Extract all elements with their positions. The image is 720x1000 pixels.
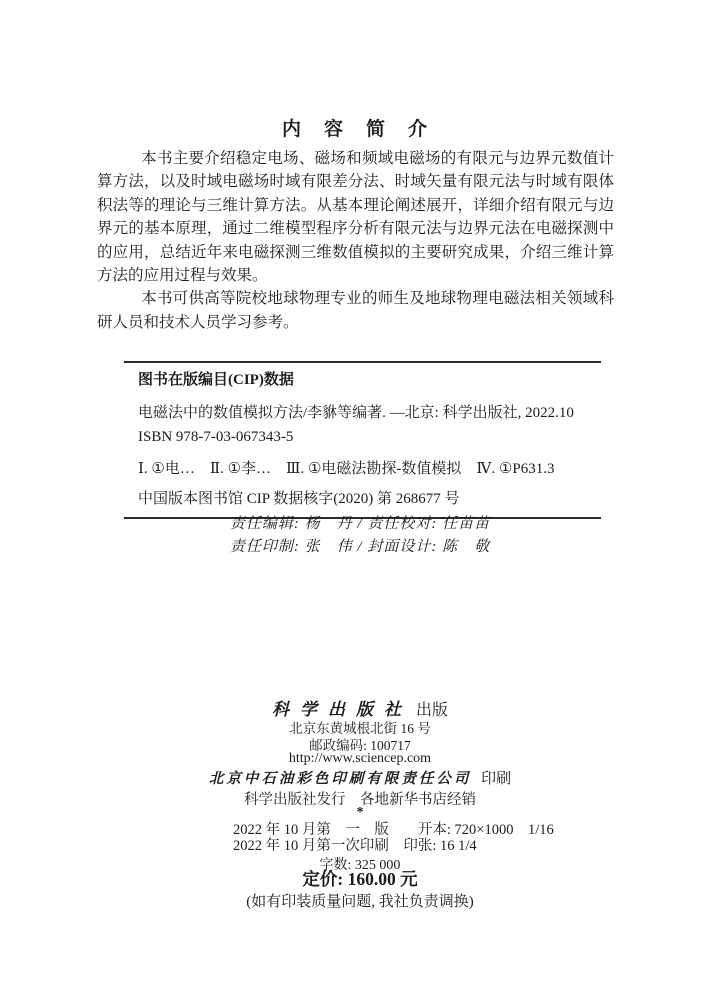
cip-data-block: 图书在版编目(CIP)数据 电磁法中的数值模拟方法/李貅等编著. —北京: 科学… — [124, 361, 601, 519]
content-summary-title: 内 容 简 介 — [97, 114, 614, 141]
editorial-credits: 责任编辑: 杨 丹 / 责任校对: 任苗苗 责任印制: 张 伟 / 封面设计: … — [0, 513, 720, 559]
isbn-number: ISBN 978-7-03-067343-5 — [138, 428, 601, 446]
publisher-line: 科学出版社 出版 — [0, 695, 720, 717]
summary-paragraph: 本书可供高等院校地球物理专业的师生及地球物理电磁法相关领域科研人员和技术人员学习… — [97, 287, 614, 334]
credits-line-editor: 责任编辑: 杨 丹 / 责任校对: 任苗苗 — [0, 513, 720, 536]
publisher-colophon: 科学出版社 出版 北京东黄城根北街 16 号 邮政编码: 100717 http… — [0, 695, 720, 819]
content-summary-body: 本书主要介绍稳定电场、磁场和频域电磁场的有限元与边界元数值计算方法，以及时域电磁… — [97, 147, 614, 334]
price: 定价: 160.00 元 — [0, 866, 720, 891]
quality-note: (如有印装质量问题, 我社负责调换) — [0, 890, 720, 911]
impression-line: 2022 年 10 月第一次印刷 印张: 16 1/4 — [233, 838, 554, 854]
edition-info: 2022 年 10 月第 一 版 开本: 720×1000 1/16 2022 … — [233, 822, 554, 855]
edition-line: 2022 年 10 月第 一 版 开本: 720×1000 1/16 — [233, 822, 554, 838]
summary-paragraph: 本书主要介绍稳定电场、磁场和频域电磁场的有限元与边界元数值计算方法，以及时域电磁… — [97, 147, 614, 287]
credits-line-printing: 责任印制: 张 伟 / 封面设计: 陈 敬 — [0, 536, 720, 559]
copyright-page: 内 容 简 介 本书主要介绍稳定电场、磁场和频域电磁场的有限元与边界元数值计算方… — [0, 0, 720, 1000]
cip-record-number: 中国版本图书馆 CIP 数据核字(2020) 第 268677 号 — [138, 490, 601, 508]
publisher-address: 北京东黄城根北街 16 号 — [0, 717, 720, 734]
separator-asterisk: * — [0, 805, 720, 819]
cip-entry-line: 电磁法中的数值模拟方法/李貅等编著. —北京: 科学出版社, 2022.10 — [138, 404, 601, 422]
publisher-postcode: 邮政编码: 100717 — [0, 734, 720, 751]
distribution-line: 科学出版社发行 各地新华书店经销 — [0, 786, 720, 805]
printer-line: 北京中石油彩色印刷有限责任公司 印刷 — [0, 766, 720, 786]
publisher-website: http://www.sciencep.com — [0, 751, 720, 766]
printer-suffix: 印刷 — [481, 771, 511, 787]
cip-classification: Ⅰ. ①电… Ⅱ. ①李… Ⅲ. ①电磁法勘探-数值模拟 Ⅳ. ①P631.3 — [138, 460, 601, 478]
cip-heading: 图书在版编目(CIP)数据 — [138, 371, 601, 389]
printer-name: 北京中石油彩色印刷有限责任公司 — [209, 771, 472, 787]
